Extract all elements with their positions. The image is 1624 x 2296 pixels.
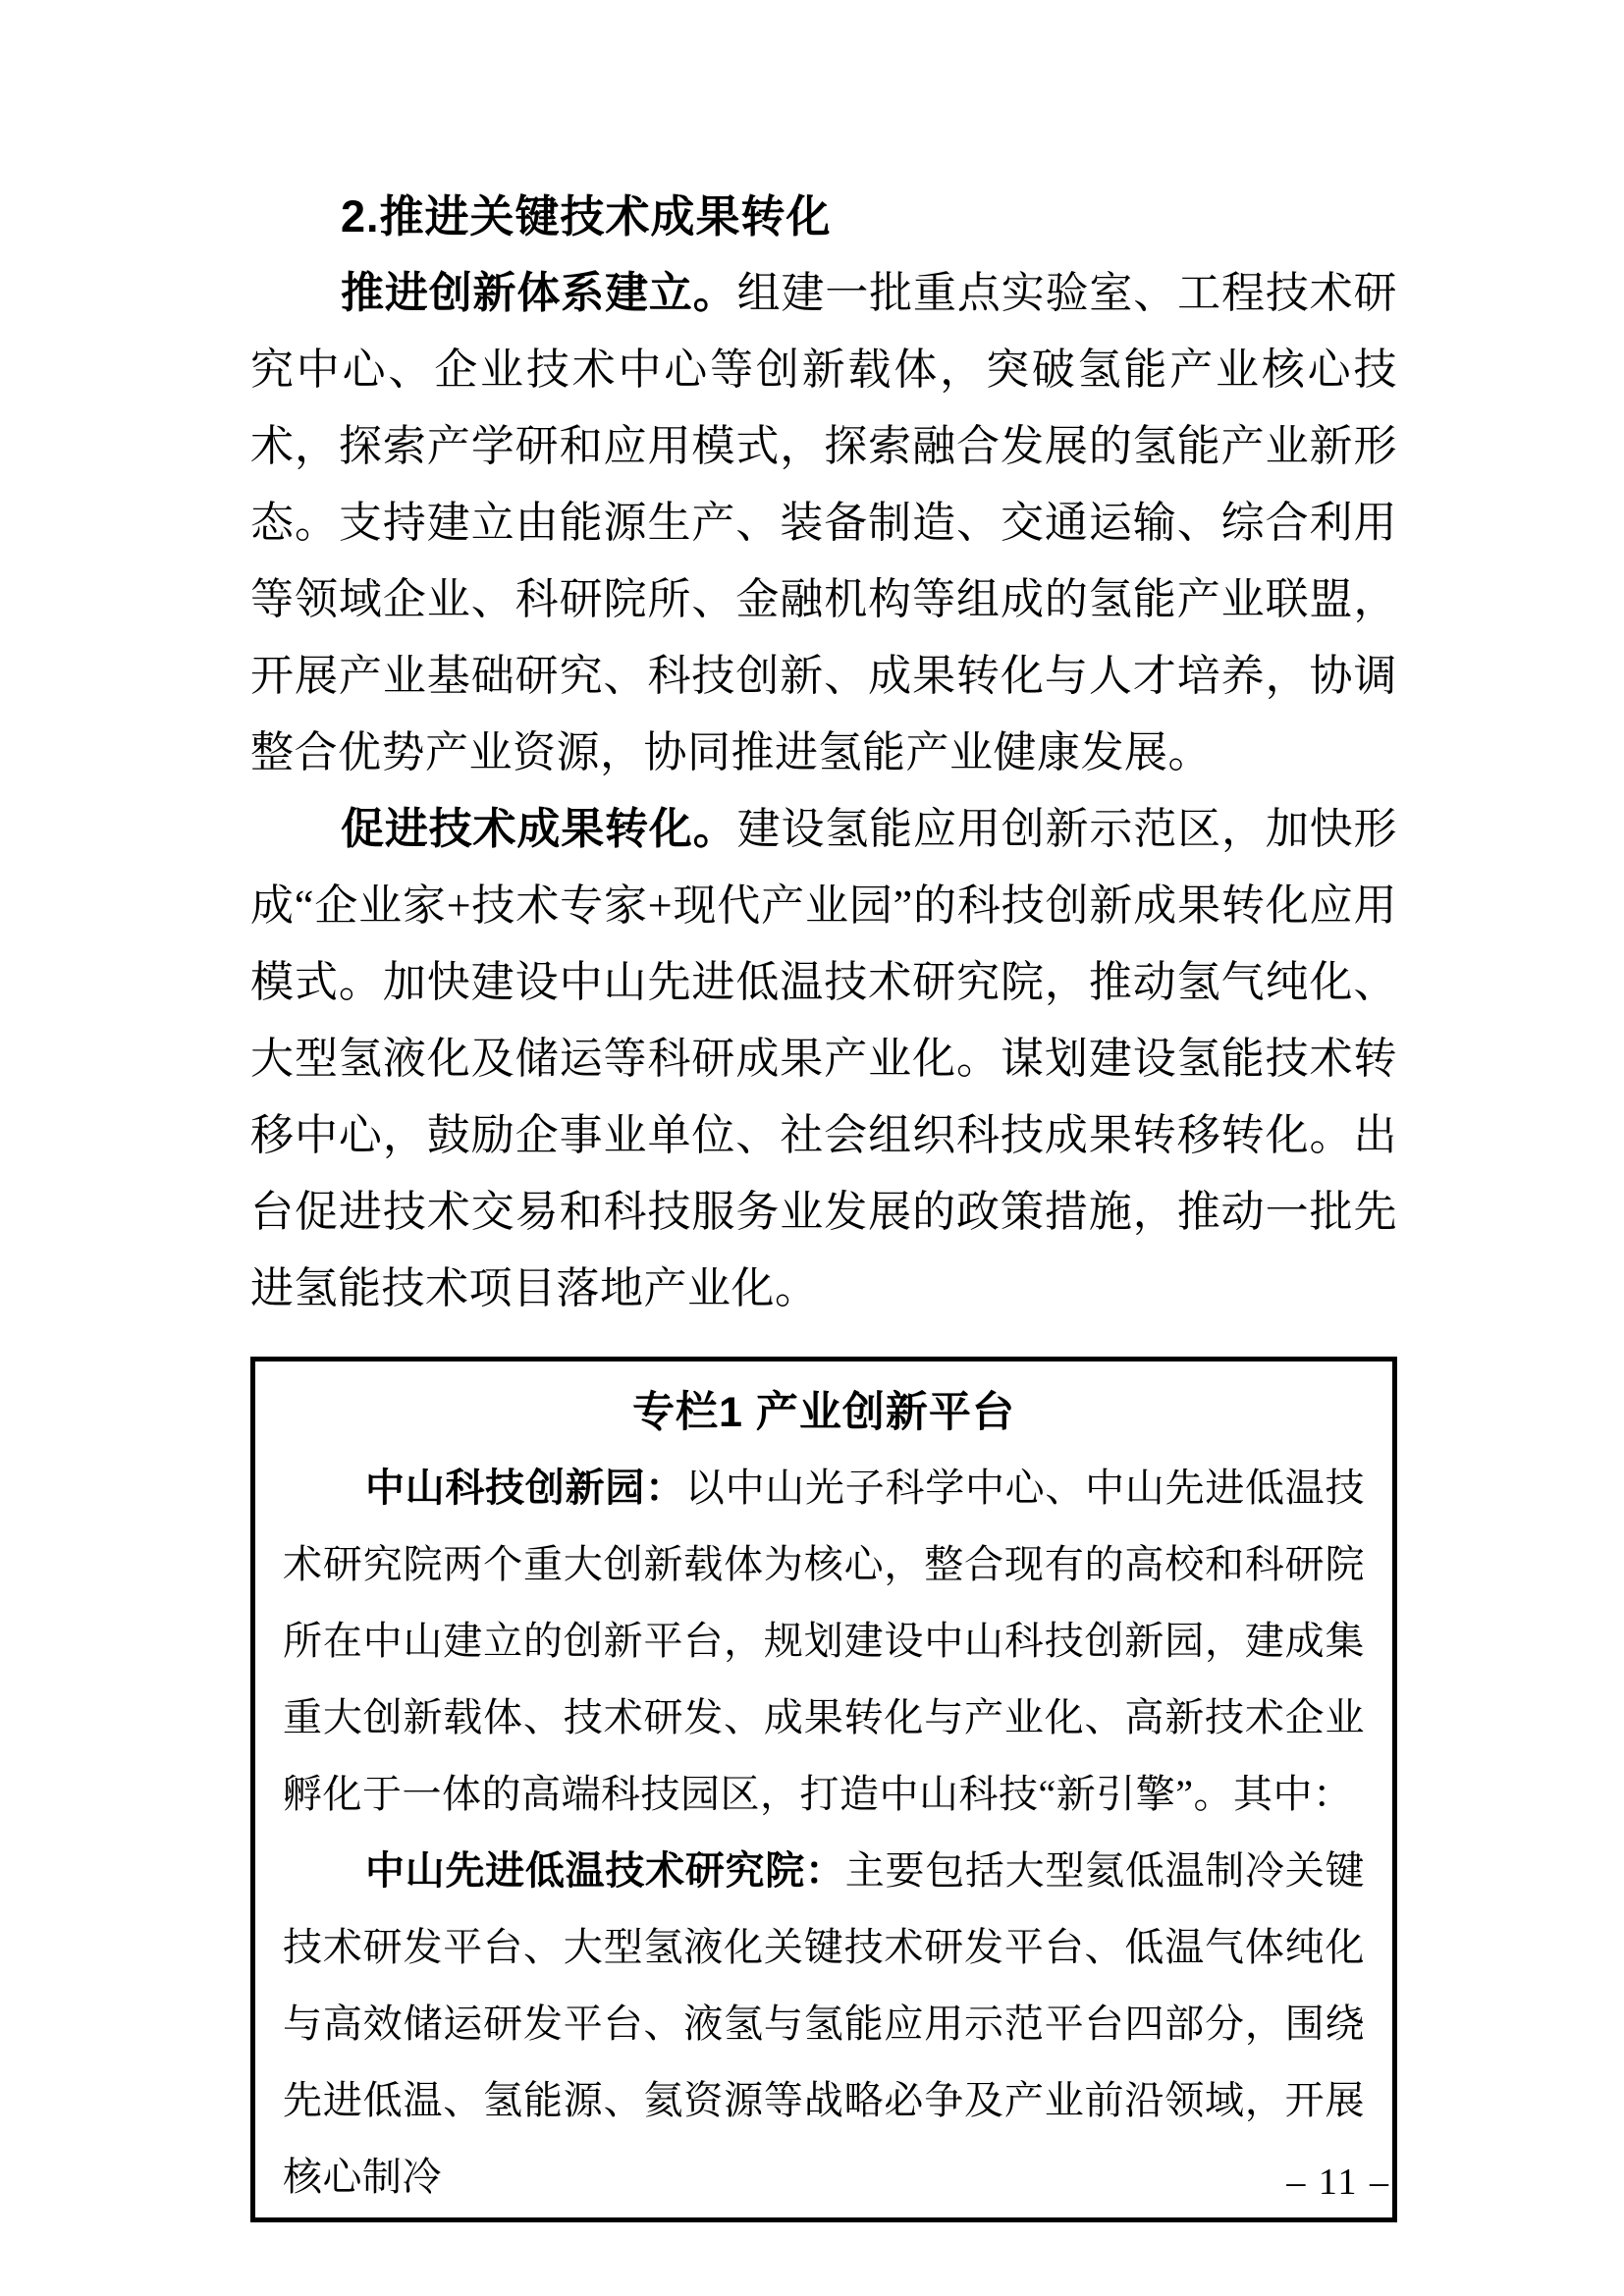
document-content: 2.推进关键技术成果转化 推进创新体系建立。组建一批重点实验室、工程技术研究中心… — [250, 179, 1397, 2222]
paragraph-body: 组建一批重点实验室、工程技术研究中心、企业技术中心等创新载体，突破氢能产业核心技… — [250, 269, 1397, 776]
section-heading: 2.推进关键技术成果转化 — [250, 179, 1397, 255]
paragraph-tech-transfer: 促进技术成果转化。建设氢能应用创新示范区，加快形成“企业家+技术专家+现代产业园… — [250, 791, 1397, 1327]
section-heading-text: 2.推进关键技术成果转化 — [341, 191, 832, 241]
box-paragraph-lead: 中山科技创新园： — [365, 1467, 685, 1510]
box-title: 专栏1 产业创新平台 — [283, 1375, 1365, 1450]
paragraph-body: 建设氢能应用创新示范区，加快形成“企业家+技术专家+现代产业园”的科技创新成果转… — [250, 805, 1397, 1312]
paragraph-lead: 推进创新体系建立。 — [341, 269, 737, 317]
document-page: 2.推进关键技术成果转化 推进创新体系建立。组建一批重点实验室、工程技术研究中心… — [0, 0, 1624, 2296]
paragraph-lead: 促进技术成果转化。 — [341, 805, 737, 853]
box-paragraph-body: 主要包括大型氦低温制冷关键技术研发平台、大型氢液化关键技术研发平台、低温气体纯化… — [283, 1848, 1365, 2199]
box-paragraph-body: 以中山光子科学中心、中山先进低温技术研究院两个重大创新载体为核心，整合现有的高校… — [283, 1466, 1365, 1816]
special-column-box: 专栏1 产业创新平台 中山科技创新园：以中山光子科学中心、中山先进低温技术研究院… — [250, 1357, 1397, 2222]
box-paragraph-lead: 中山先进低温技术研究院： — [365, 1849, 845, 1893]
box-paragraph-innovation-park: 中山科技创新园：以中山光子科学中心、中山先进低温技术研究院两个重大创新载体为核心… — [283, 1450, 1365, 1833]
paragraph-innovation-system: 推进创新体系建立。组建一批重点实验室、工程技术研究中心、企业技术中心等创新载体，… — [250, 255, 1397, 791]
page-number: – 11 – — [1286, 2161, 1390, 2204]
box-paragraph-cryogenic-institute: 中山先进低温技术研究院：主要包括大型氦低温制冷关键技术研发平台、大型氢液化关键技… — [283, 1833, 1365, 2216]
